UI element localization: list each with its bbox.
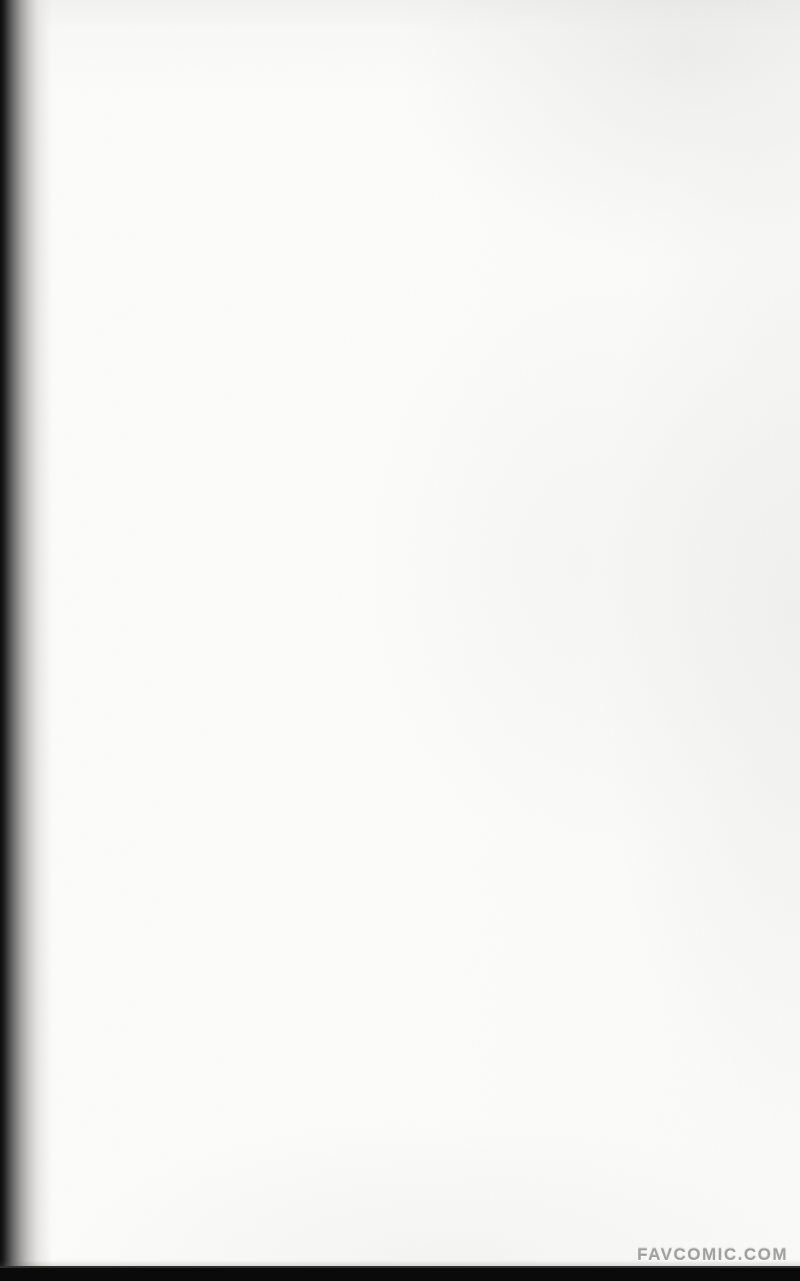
site-watermark: FAVCOMIC.COM	[637, 1245, 788, 1265]
scan-bottom-edge	[0, 1266, 800, 1281]
paper-grain-texture	[0, 0, 800, 1281]
book-binding-shadow	[0, 0, 52, 1281]
scanned-blank-page: FAVCOMIC.COM	[0, 0, 800, 1281]
paper-shading-overlay	[0, 0, 800, 1281]
